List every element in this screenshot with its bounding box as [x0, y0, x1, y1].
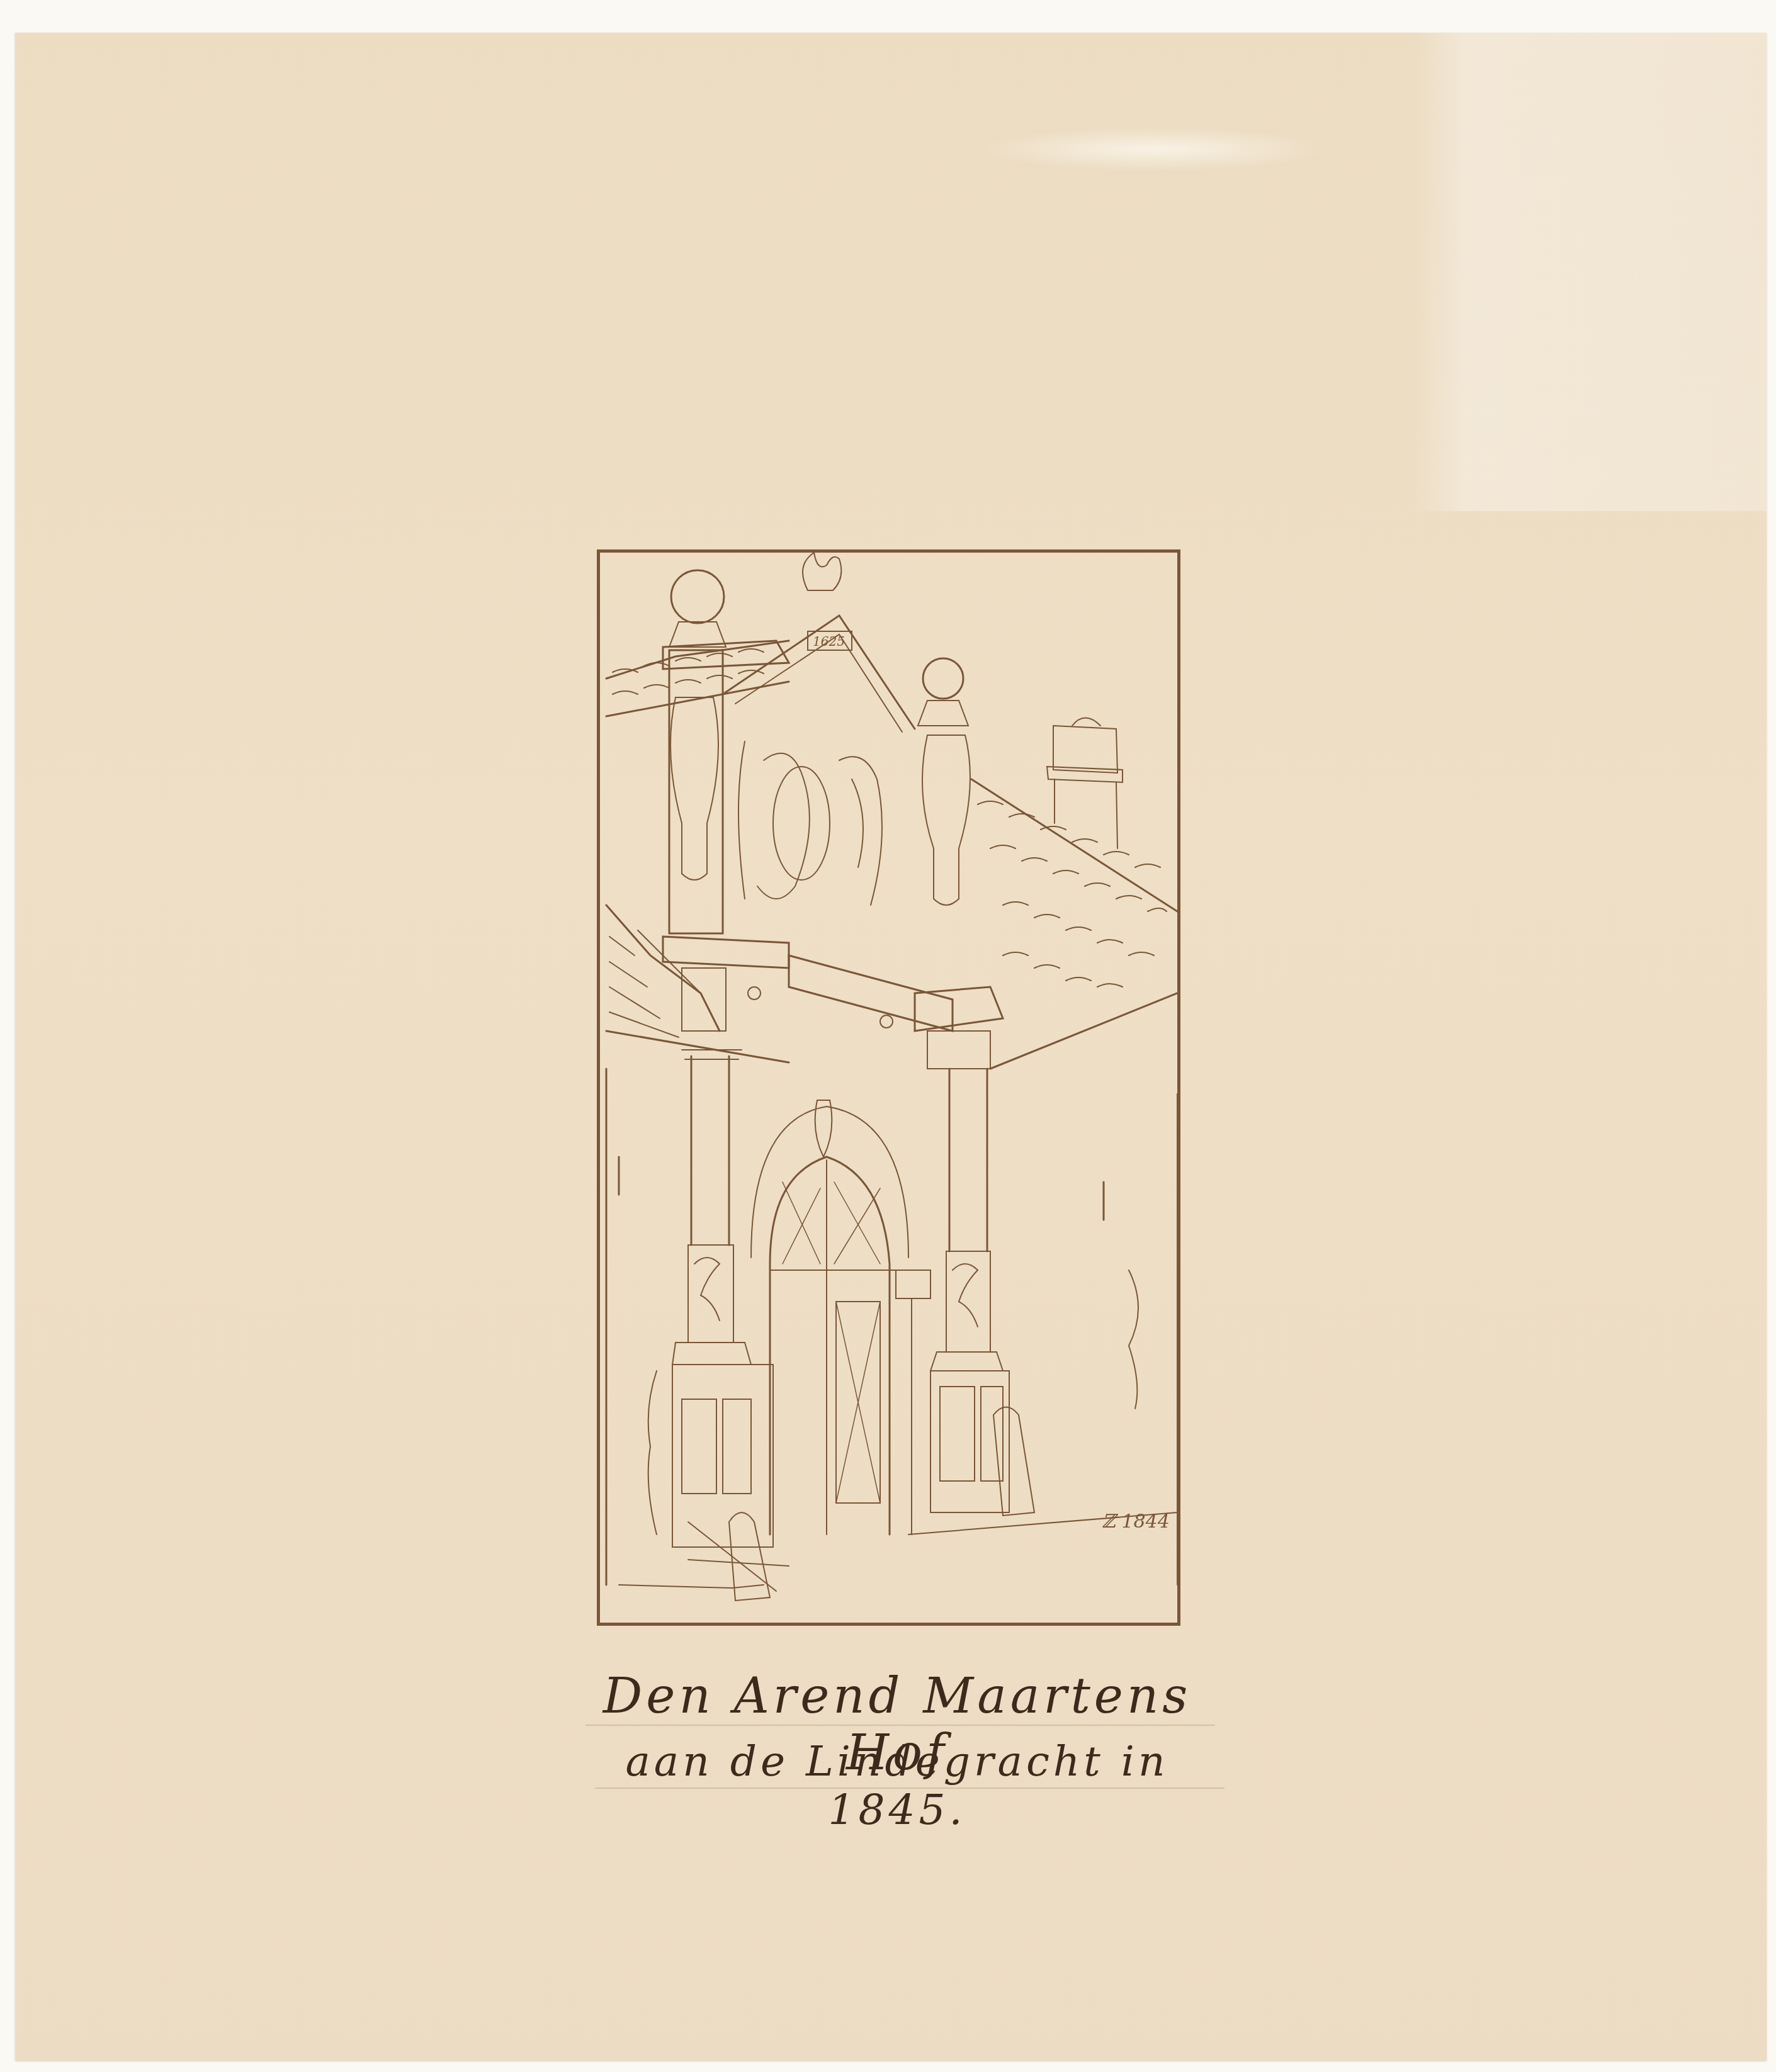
- artist-signature: ℤ 1844: [1102, 1511, 1170, 1533]
- cartouche-date: 1625: [813, 634, 845, 649]
- paper-spot: [978, 127, 1331, 171]
- gateway-drawing: 1625: [600, 553, 1177, 1623]
- caption-guide-line: [595, 1788, 1225, 1789]
- caption-guide-line: [585, 1725, 1215, 1726]
- paper-discoloration: [1413, 33, 1767, 511]
- caption-subtitle: aan de Lindegracht in 1845.: [567, 1737, 1228, 1834]
